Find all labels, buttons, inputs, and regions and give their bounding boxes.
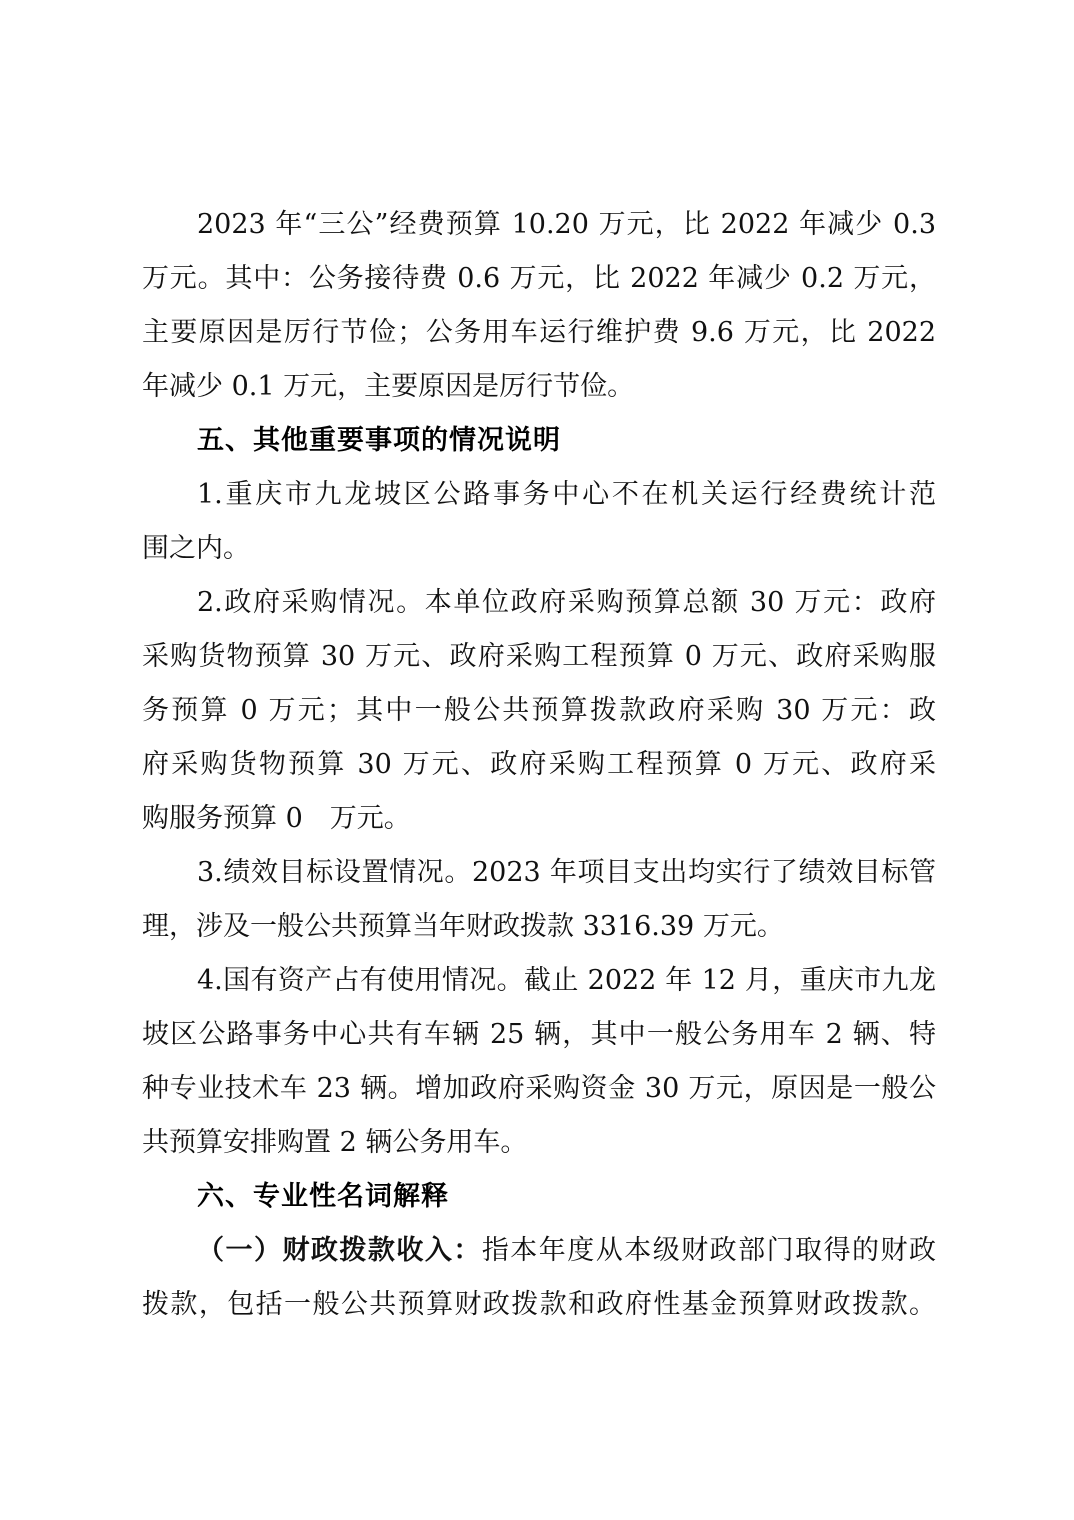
text-line: 4.国有资产占有使用情况。截止 2022 年 12 月，重庆市九龙 [142,954,936,1008]
text-line: 2.政府采购情况。本单位政府采购预算总额 30 万元：政府 [142,576,936,630]
paragraph-item-3-performance: 3.绩效目标设置情况。2023 年项目支出均实行了绩效目标管 理，涉及一般公共预… [142,846,936,954]
paragraph-sanggong-budget: 2023 年“三公”经费预算 10.20 万元，比 2022 年减少 0.3 万… [142,198,936,414]
paragraph-item-4-assets: 4.国有资产占有使用情况。截止 2022 年 12 月，重庆市九龙 坡区公路事务… [142,954,936,1170]
text-line: 务预算 0 万元；其中一般公共预算拨款政府采购 30 万元：政 [142,684,936,738]
paragraph-term-fiscal-appropriation: （一）财政拨款收入：指本年度从本级财政部门取得的财政 拨款，包括一般公共预算财政… [142,1224,936,1332]
paragraph-item-1: 1.重庆市九龙坡区公路事务中心不在机关运行经费统计范 围之内。 [142,468,936,576]
term-label: （一）财政拨款收入： [197,1235,482,1266]
text-line: 年减少 0.1 万元，主要原因是厉行节俭。 [142,360,936,414]
term-definition: 指本年度从本级财政部门取得的财政 [482,1235,936,1266]
text-line: 种专业技术车 23 辆。增加政府采购资金 30 万元，原因是一般公 [142,1062,936,1116]
text-line: 拨款，包括一般公共预算财政拨款和政府性基金预算财政拨款。 [142,1278,936,1332]
document-page: 2023 年“三公”经费预算 10.20 万元，比 2022 年减少 0.3 万… [142,198,936,1332]
text-line: 3.绩效目标设置情况。2023 年项目支出均实行了绩效目标管 [142,846,936,900]
section-heading-other-matters: 五、其他重要事项的情况说明 [142,414,936,468]
text-line: 1.重庆市九龙坡区公路事务中心不在机关运行经费统计范 [142,468,936,522]
text-line: 万元。其中：公务接待费 0.6 万元，比 2022 年减少 0.2 万元， [142,252,936,306]
text-line: 府采购货物预算 30 万元、政府采购工程预算 0 万元、政府采 [142,738,936,792]
text-line: 2023 年“三公”经费预算 10.20 万元，比 2022 年减少 0.3 [142,198,936,252]
text-line: 共预算安排购置 2 辆公务用车。 [142,1116,936,1170]
text-line: 采购货物预算 30 万元、政府采购工程预算 0 万元、政府采购服 [142,630,936,684]
text-line: 围之内。 [142,522,936,576]
text-line: 主要原因是厉行节俭；公务用车运行维护费 9.6 万元，比 2022 [142,306,936,360]
paragraph-item-2-procurement: 2.政府采购情况。本单位政府采购预算总额 30 万元：政府 采购货物预算 30 … [142,576,936,846]
section-heading-glossary: 六、专业性名词解释 [142,1170,936,1224]
text-line: 坡区公路事务中心共有车辆 25 辆，其中一般公务用车 2 辆、特 [142,1008,936,1062]
text-line: 购服务预算 0 万元。 [142,792,936,846]
text-line: 理，涉及一般公共预算当年财政拨款 3316.39 万元。 [142,900,936,954]
text-line: （一）财政拨款收入：指本年度从本级财政部门取得的财政 [142,1224,936,1278]
